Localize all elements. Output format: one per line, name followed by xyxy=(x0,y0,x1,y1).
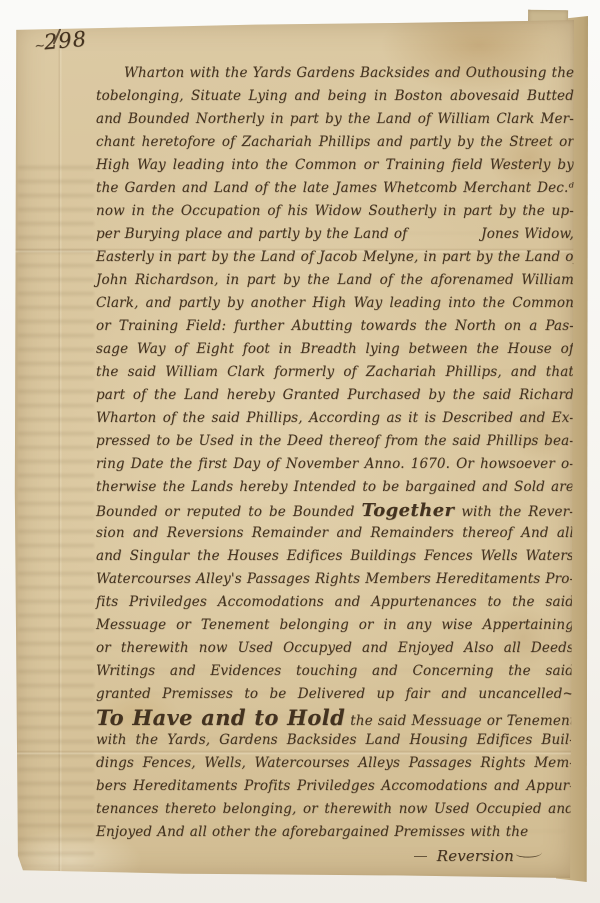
line-text: part of the Land hereby Granted Purchase… xyxy=(96,387,574,403)
manuscript-line: Wharton with the Yards Gardens Backsides… xyxy=(96,62,574,85)
line-text: Easterly in part by the Land of Jacob Me… xyxy=(96,249,579,265)
blank-space xyxy=(407,223,481,246)
line-text: dings Fences, Wells, Watercourses Alleys… xyxy=(96,755,574,771)
manuscript-line: To Have and to Hold the said Messuage or… xyxy=(96,706,574,729)
emphasized-phrase: To Have and to Hold xyxy=(96,705,345,730)
manuscript-line: tenances thereto belonging, or therewith… xyxy=(96,798,574,821)
manuscript-line: pressed to be Used in the Deed thereof f… xyxy=(96,430,574,453)
line-text: bers Hereditaments Profits Priviledges A… xyxy=(96,778,574,794)
line-text: tobelonging, Situate Lying and being in … xyxy=(96,88,574,104)
line-text: Watercourses Alley's Passages Rights Mem… xyxy=(96,571,574,587)
manuscript-line: Bounded or reputed to be Bounded Togethe… xyxy=(96,499,574,522)
line-text: Clark, and partly by another High Way le… xyxy=(96,295,574,311)
page-number-value: 298 xyxy=(43,27,88,55)
manuscript-line: part of the Land hereby Granted Purchase… xyxy=(96,384,574,407)
show-through-text-left-margin xyxy=(18,160,94,866)
line-text: fits Priviledges Accomodations and Appur… xyxy=(96,594,574,610)
line-text: Wharton of the said Phillips, According … xyxy=(96,410,574,426)
line-text: now in the Occupation of his Widow South… xyxy=(96,203,574,219)
line-text: or Training Field: further Abutting towa… xyxy=(96,318,574,334)
manuscript-line: Writings and Evidences touching and Conc… xyxy=(96,660,574,683)
manuscript-line: or Training Field: further Abutting towa… xyxy=(96,315,574,338)
manuscript-line: per Burying place and partly by the Land… xyxy=(96,223,574,246)
manuscript-line: the said William Clark formerly of Zacha… xyxy=(96,361,574,384)
manuscript-line: with the Yards, Gardens Backsides Land H… xyxy=(96,729,574,752)
line-text: and Bounded Northerly in part by the Lan… xyxy=(96,111,574,127)
manuscript-line: and Singular the Houses Edifices Buildin… xyxy=(96,545,574,568)
line-text: granted Premisses to be Delivered up fai… xyxy=(96,686,574,702)
manuscript-line: therwise the Lands hereby Intended to be… xyxy=(96,476,574,499)
line-text: ring Date the first Day of November Anno… xyxy=(96,456,574,472)
catchword-line: Reversion xyxy=(96,845,574,868)
manuscript-line: now in the Occupation of his Widow South… xyxy=(96,200,574,223)
manuscript-line: sage Way of Eight foot in Breadth lying … xyxy=(96,338,574,361)
line-text: chant heretofore of Zachariah Phillips a… xyxy=(96,134,574,150)
line-text: sion and Reversions Remainder and Remain… xyxy=(96,525,574,541)
pen-tail-swash xyxy=(516,847,543,860)
line-text: per Burying place and partly by the Land… xyxy=(96,223,407,246)
manuscript-line: sion and Reversions Remainder and Remain… xyxy=(96,522,574,545)
line-text: High Way leading into the Common or Trai… xyxy=(96,157,574,173)
emphasized-phrase: Together xyxy=(362,500,455,521)
line-text: or therewith now Used Occupyed and Enjoy… xyxy=(96,640,574,656)
pen-dash xyxy=(414,856,427,858)
manuscript-page: ~298 Wharton with the Yards Gardens Back… xyxy=(14,20,574,878)
catchword: Reversion xyxy=(437,847,514,865)
line-text: and Singular the Houses Edifices Buildin… xyxy=(96,548,574,564)
line-text: John Richardson, in part by the Land of … xyxy=(96,272,574,288)
manuscript-line: dings Fences, Wells, Watercourses Alleys… xyxy=(96,752,574,775)
manuscript-line: or therewith now Used Occupyed and Enjoy… xyxy=(96,637,574,660)
manuscript-line: fits Priviledges Accomodations and Appur… xyxy=(96,591,574,614)
manuscript-line: John Richardson, in part by the Land of … xyxy=(96,269,574,292)
manuscript-scan: ~298 Wharton with the Yards Gardens Back… xyxy=(0,0,600,903)
manuscript-line: ring Date the first Day of November Anno… xyxy=(96,453,574,476)
manuscript-line: Easterly in part by the Land of Jacob Me… xyxy=(96,246,574,269)
manuscript-line: the Garden and Land of the late James Wh… xyxy=(96,177,574,200)
deed-text: Wharton with the Yards Gardens Backsides… xyxy=(96,62,574,868)
manuscript-line: bers Hereditaments Profits Priviledges A… xyxy=(96,775,574,798)
manuscript-line: tobelonging, Situate Lying and being in … xyxy=(96,85,574,108)
manuscript-line: Messuage or Tenement belonging or in any… xyxy=(96,614,574,637)
line-text: Enjoyed And all other the aforebargained… xyxy=(96,824,528,840)
manuscript-line: Wharton of the said Phillips, According … xyxy=(96,407,574,430)
line-text: Messuage or Tenement belonging or in any… xyxy=(96,617,574,633)
line-text: the Garden and Land of the late James Wh… xyxy=(96,180,574,196)
line-text: Writings and Evidences touching and Conc… xyxy=(96,663,574,679)
manuscript-line: chant heretofore of Zachariah Phillips a… xyxy=(96,131,574,154)
line-text: Wharton with the Yards Gardens Backsides… xyxy=(124,65,600,81)
line-text: sage Way of Eight foot in Breadth lying … xyxy=(96,341,574,357)
line-text: with the Yards, Gardens Backsides Land H… xyxy=(96,732,574,748)
line-text: Jones Widow, xyxy=(481,223,574,246)
manuscript-line: High Way leading into the Common or Trai… xyxy=(96,154,574,177)
line-text: with the Rever- xyxy=(454,504,574,520)
line-text: therwise the Lands hereby Intended to be… xyxy=(96,479,574,495)
line-text: tenances thereto belonging, or therewith… xyxy=(96,801,574,817)
manuscript-line: Clark, and partly by another High Way le… xyxy=(96,292,574,315)
line-text: the said Messuage or Tenement xyxy=(345,713,575,729)
manuscript-line: Watercourses Alley's Passages Rights Mem… xyxy=(96,568,574,591)
manuscript-line: Enjoyed And all other the aforebargained… xyxy=(96,821,574,844)
line-text: pressed to be Used in the Deed thereof f… xyxy=(96,433,574,449)
pen-flourish: ~ xyxy=(34,38,45,54)
manuscript-line: and Bounded Northerly in part by the Lan… xyxy=(96,108,574,131)
manuscript-line: granted Premisses to be Delivered up fai… xyxy=(96,683,574,706)
line-text: Bounded or reputed to be Bounded xyxy=(96,504,362,520)
line-text: the said William Clark formerly of Zacha… xyxy=(96,364,574,380)
